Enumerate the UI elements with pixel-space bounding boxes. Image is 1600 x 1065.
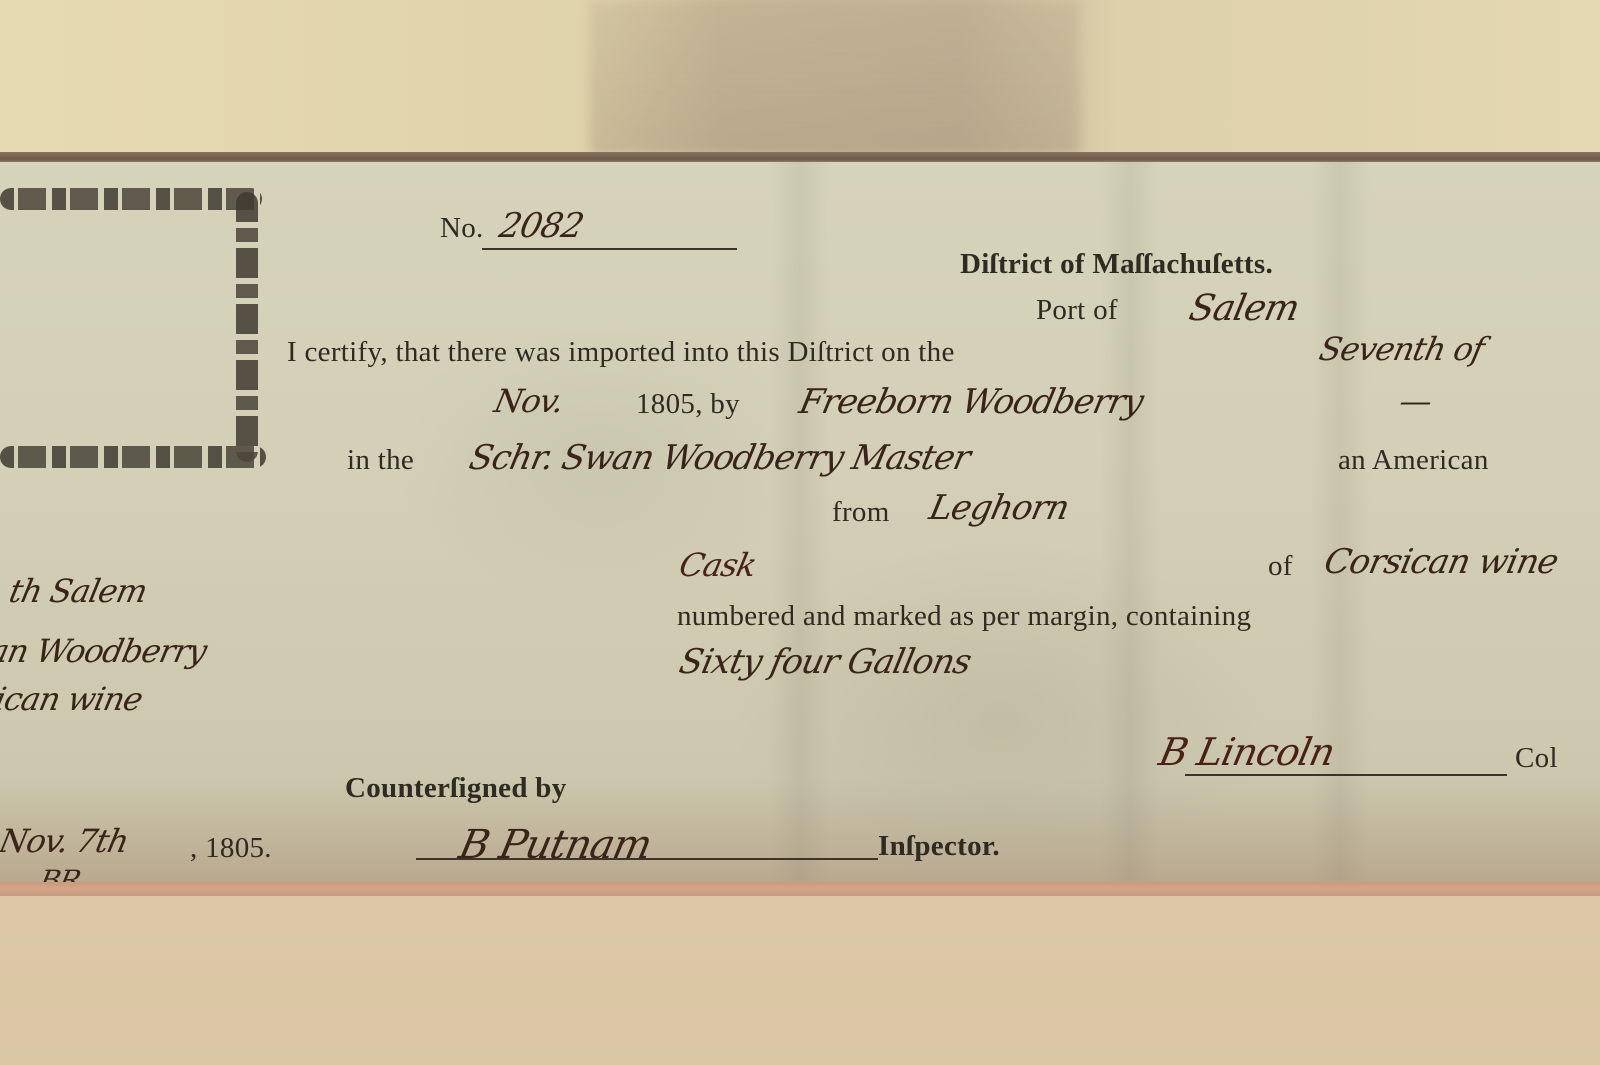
year-by-text: 1805, by (636, 388, 740, 421)
reflection-shadow (590, 0, 1080, 155)
certify-text: I certify, that there was imported into … (287, 336, 955, 369)
countersigned-label: Counterſigned by (345, 772, 567, 805)
import-month: Nov. (491, 382, 567, 420)
margin-note-line1: th Salem (6, 572, 150, 610)
quantity-unit: Cask (676, 546, 759, 584)
of-label: of (1268, 550, 1293, 583)
mat-edge-bottom (0, 882, 1600, 896)
number-underline (482, 248, 737, 250)
district-heading: Diſtrict of Maſſachuſetts. (960, 248, 1273, 281)
frame-mat-bottom (0, 896, 1600, 1065)
number-label: No. (440, 212, 484, 245)
an-american-text: an American (1338, 444, 1489, 477)
goods-description: Corsican wine (1321, 542, 1562, 582)
bottom-year: , 1805. (190, 832, 272, 865)
contents-amount: Sixty four Gallons (676, 642, 975, 682)
bottom-date: Nov. 7th (0, 822, 132, 860)
ornamental-border-bottom-icon (0, 446, 266, 468)
margin-note-line2: an Woodberry (0, 632, 210, 670)
frame-mat-top (0, 0, 1600, 155)
ornamental-border-top-icon (0, 188, 262, 210)
port-label: Port of (1036, 294, 1118, 327)
from-label: from (832, 496, 890, 529)
inspector-signature-line (416, 858, 878, 860)
collector-signature: B Lincoln (1155, 730, 1338, 774)
import-day: Seventh of (1316, 330, 1487, 368)
port-value: Salem (1186, 288, 1303, 329)
inspector-title: Inſpector. (878, 830, 1000, 863)
inspector-signature: B Putnam (455, 822, 655, 868)
margin-initials: BR (36, 864, 83, 884)
importer-name: Freeborn Woodberry (796, 382, 1147, 422)
collector-signature-line (1185, 774, 1507, 776)
margin-note-line3: sican wine (0, 680, 146, 718)
numbered-text: numbered and marked as per margin, conta… (677, 600, 1251, 633)
certificate-number: 2082 (496, 206, 587, 246)
certificate-paper: No. 2082 Diſtrict of Maſſachuſetts. Port… (0, 162, 1600, 884)
ornamental-border-right-icon (236, 192, 258, 462)
collector-title: Col (1515, 742, 1558, 775)
vessel-name: Schr. Swan Woodberry Master (466, 438, 974, 478)
in-the-text: in the (347, 444, 414, 477)
paper-fold (770, 162, 830, 884)
dash: — (1396, 382, 1435, 420)
from-port: Leghorn (926, 488, 1072, 528)
